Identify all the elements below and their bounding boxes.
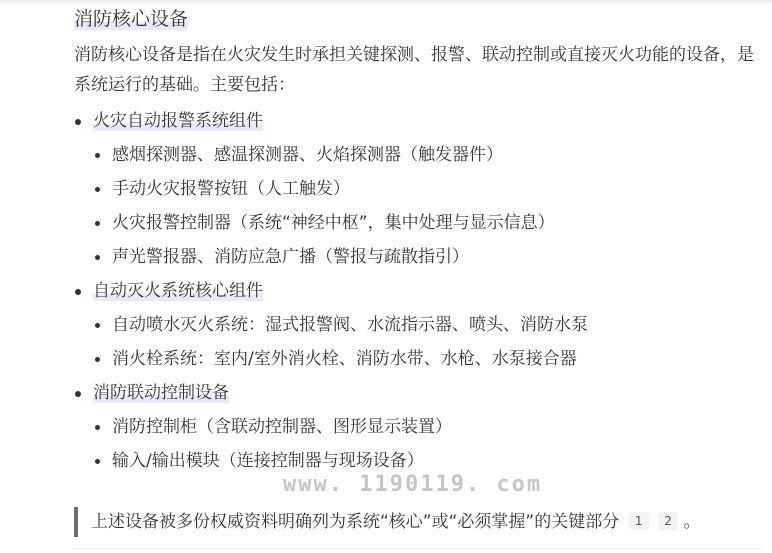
list-item: 火灾报警控制器（系统“神经中枢”，集中处理与显示信息） <box>93 206 764 240</box>
list-item: 感烟探测器、感温探测器、火焰探测器（触发器件） <box>93 138 764 172</box>
list-item: 自动喷水灭火系统：湿式报警阀、水流指示器、喷头、消防水泵 <box>93 308 764 342</box>
divider <box>74 548 764 549</box>
quote-text: 上述设备被多份权威资料明确列为系统“核心”或“必须掌握”的关键部分 <box>91 512 619 532</box>
citation-1[interactable]: 1 <box>629 512 649 530</box>
group-items: 消防控制柜（含联动控制器、图形显示装置） 输入/输出模块（连接控制器与现场设备） <box>93 410 764 478</box>
group-fire-alarm: 火灾自动报警系统组件 感烟探测器、感温探测器、火焰探测器（触发器件） 手动火灾报… <box>74 104 764 274</box>
group-auto-extinguish: 自动灭火系统核心组件 自动喷水灭火系统：湿式报警阀、水流指示器、喷头、消防水泵 … <box>74 274 764 376</box>
group-items: 感烟探测器、感温探测器、火焰探测器（触发器件） 手动火灾报警按钮（人工触发） 火… <box>93 138 764 274</box>
group-label: 自动灭火系统核心组件 <box>93 281 263 301</box>
section-title-text: 消防核心设备 <box>74 8 188 30</box>
list-item: 声光警报器、消防应急广播（警报与疏散指引） <box>93 240 764 274</box>
group-label: 消防联动控制设备 <box>93 383 229 403</box>
answer-content: 消防核心设备 消防核心设备是指在火灾发生时承担关键探测、报警、联动控制或直接灭火… <box>74 4 764 478</box>
group-label: 火灾自动报警系统组件 <box>93 111 263 131</box>
quote-end: 。 <box>683 512 700 532</box>
list-item: 消防控制柜（含联动控制器、图形显示装置） <box>93 410 764 444</box>
section-title: 消防核心设备 <box>74 4 764 34</box>
group-linkage-control: 消防联动控制设备 消防控制柜（含联动控制器、图形显示装置） 输入/输出模块（连接… <box>74 376 764 478</box>
summary-quote: 上述设备被多份权威资料明确列为系统“核心”或“必须掌握”的关键部分 1 2 。 <box>74 507 700 537</box>
intro-paragraph: 消防核心设备是指在火灾发生时承担关键探测、报警、联动控制或直接灭火功能的设备，是… <box>74 40 764 100</box>
list-item: 输入/输出模块（连接控制器与现场设备） <box>93 444 764 478</box>
group-items: 自动喷水灭火系统：湿式报警阀、水流指示器、喷头、消防水泵 消火栓系统：室内/室外… <box>93 308 764 376</box>
list-item: 消火栓系统：室内/室外消火栓、消防水带、水枪、水泵接合器 <box>93 342 764 376</box>
list-item: 手动火灾报警按钮（人工触发） <box>93 172 764 206</box>
citation-2[interactable]: 2 <box>658 512 678 530</box>
equipment-list: 火灾自动报警系统组件 感烟探测器、感温探测器、火焰探测器（触发器件） 手动火灾报… <box>74 104 764 478</box>
